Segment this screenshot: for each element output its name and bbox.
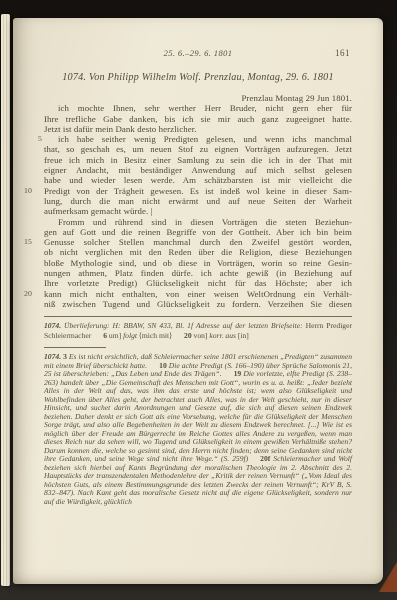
- line-text: Ihre vorletzte Predigt) Glückseligkeit n…: [44, 278, 352, 288]
- letter-body-line: bloße Mythologie sind, und ob diese in V…: [44, 258, 352, 268]
- apparatus-rule: [44, 316, 352, 317]
- line-text: kann mich nicht enthalten, von einer wei…: [44, 289, 352, 299]
- margin-line-number: 5: [24, 134, 42, 144]
- footnote-segment: Die vorletzte, elfte Predigt (S. 238–263…: [44, 369, 352, 463]
- footnote-rule: [44, 347, 106, 348]
- running-head-dates: 25. 6.–29. 6. 1801: [164, 48, 233, 58]
- letter-title: 1074. Von Philipp Wilhelm Wolf. Prenzlau…: [44, 72, 352, 83]
- book-page-edges: [1, 14, 10, 586]
- apparatus-segment: 20: [184, 331, 192, 340]
- line-text: freue ich mich in Besitz einer Samlung z…: [44, 155, 352, 165]
- line-text: Fromm und rührend sind in diesen Vorträg…: [58, 217, 352, 227]
- line-text: ich habe seither wenig Predigten gelesen…: [58, 134, 352, 144]
- line-text: bloße Mythologie sind, und ob diese in V…: [44, 258, 352, 268]
- apparatus-segment: um]: [107, 331, 123, 340]
- page-number: 161: [335, 48, 350, 58]
- line-text: ich mochte Ihnen, sehr werther Herr Brud…: [58, 103, 352, 113]
- letter-body-line: freue ich mich in Besitz einer Samlung z…: [44, 155, 352, 165]
- apparatus-segment: [in]: [236, 331, 249, 340]
- apparatus-segment: Adresse auf der letzten Briefseite:: [196, 321, 303, 330]
- letter-body-line: that, so geschah es, um neuen Stof zu ei…: [44, 144, 352, 154]
- line-text: lung, durch die man nicht erwärmt und au…: [44, 196, 352, 206]
- letter-body-line: Ihre vorletzte Predigt) Glückseligkeit n…: [44, 278, 352, 288]
- letter-body-line: gen auf Gott und die reinen Begriffe von…: [44, 227, 352, 237]
- margin-line-number: 20: [24, 289, 32, 299]
- apparatus-segment: 1074.: [44, 321, 61, 330]
- apparatus-segment: von]: [192, 331, 210, 340]
- margin-line-number: 10: [24, 186, 32, 196]
- page-content: 25. 6.–29. 6. 1801 161 1074. Von Philipp…: [44, 48, 352, 506]
- letter-body-line: ob nicht verglichen mit den Reden über d…: [44, 247, 352, 257]
- book-scan: 25. 6.–29. 6. 1801 161 1074. Von Philipp…: [0, 0, 397, 600]
- line-text: Jetzt ist dafür mein Dank desto herzlich…: [44, 124, 197, 134]
- line-text: Genusse solcher Stellen manchmal durch d…: [44, 237, 352, 247]
- letter-body-line: 20kann mich nicht enthalten, von einer w…: [44, 289, 352, 299]
- line-text: aufmerksam gemacht würde. |: [44, 206, 153, 216]
- letter-body-line: lung, durch die man nicht erwärmt und au…: [44, 196, 352, 206]
- letter-body-line: 15Genusse solcher Stellen manchmal durch…: [44, 237, 352, 247]
- running-head: 25. 6.–29. 6. 1801 161: [44, 48, 352, 58]
- margin-line-number: 15: [24, 237, 32, 247]
- letter-body-line: 5ich habe seither wenig Predigten gelese…: [44, 134, 352, 144]
- letter-body-line: 10Predigt von der Trägheit gewesen. Es i…: [44, 186, 352, 196]
- apparatus-segment: korr. aus: [209, 331, 236, 340]
- letter-body-line: aufmerksam gemacht würde. |: [44, 206, 352, 216]
- apparatus-segment: ⟨mich mit⟩: [137, 331, 172, 340]
- apparatus-segment: Überlieferung: H: BBAW, SN 433, Bl. 1f: [64, 321, 196, 330]
- line-text: ob nicht verglichen mit den Reden über d…: [44, 247, 352, 257]
- apparatus: 1074. Überlieferung: H: BBAW, SN 433, Bl…: [44, 321, 352, 340]
- book-page: 25. 6.–29. 6. 1801 161 1074. Von Philipp…: [13, 18, 383, 584]
- letter-body-line: niß zwischen Tugend und Glückseligkeit z…: [44, 299, 352, 309]
- letter-body-line: habe und wieder lesen werde. Am schätzba…: [44, 175, 352, 185]
- letter-body-line: Jetzt ist dafür mein Dank desto herzlich…: [44, 124, 352, 134]
- line-text: Prenzlau Montag 29 Jun 1801.: [241, 93, 352, 103]
- letter-body: Prenzlau Montag 29 Jun 1801. ich mochte …: [44, 93, 352, 309]
- line-text: niß zwischen Tugend und Glückseligkeit z…: [44, 299, 352, 309]
- apparatus-segment: folgt: [123, 331, 137, 340]
- line-text: nungen athmen, Platz finden dürfe. ich a…: [44, 268, 352, 278]
- letter-body-line: Prenzlau Montag 29 Jun 1801.: [44, 93, 352, 103]
- line-text: Ihre trefliche Gabe danken, bis ich sie …: [44, 114, 352, 124]
- footnotes: 1074. 3 Es ist nicht ersichtlich, daß Sc…: [44, 353, 352, 506]
- letter-body-line: eigner Andacht, mit beständiger Anwendun…: [44, 165, 352, 175]
- line-text: eigner Andacht, mit beständiger Anwendun…: [44, 165, 352, 175]
- line-text: gen auf Gott und die reinen Begriffe von…: [44, 227, 352, 237]
- letter-body-line: Fromm und rührend sind in diesen Vorträg…: [44, 217, 352, 227]
- line-text: Predigt von der Trägheit gewesen. Es ist…: [44, 186, 352, 196]
- letter-body-line: Ihre trefliche Gabe danken, bis ich sie …: [44, 114, 352, 124]
- footnote-segment: Schleiermacher und Wolf beziehen sich hi…: [44, 454, 352, 506]
- line-text: that, so geschah es, um neuen Stof zu ei…: [44, 144, 352, 154]
- letter-body-line: ich mochte Ihnen, sehr werther Herr Brud…: [44, 103, 352, 113]
- letter-body-line: nungen athmen, Platz finden dürfe. ich a…: [44, 268, 352, 278]
- line-text: habe und wieder lesen werde. Am schätzba…: [44, 175, 352, 185]
